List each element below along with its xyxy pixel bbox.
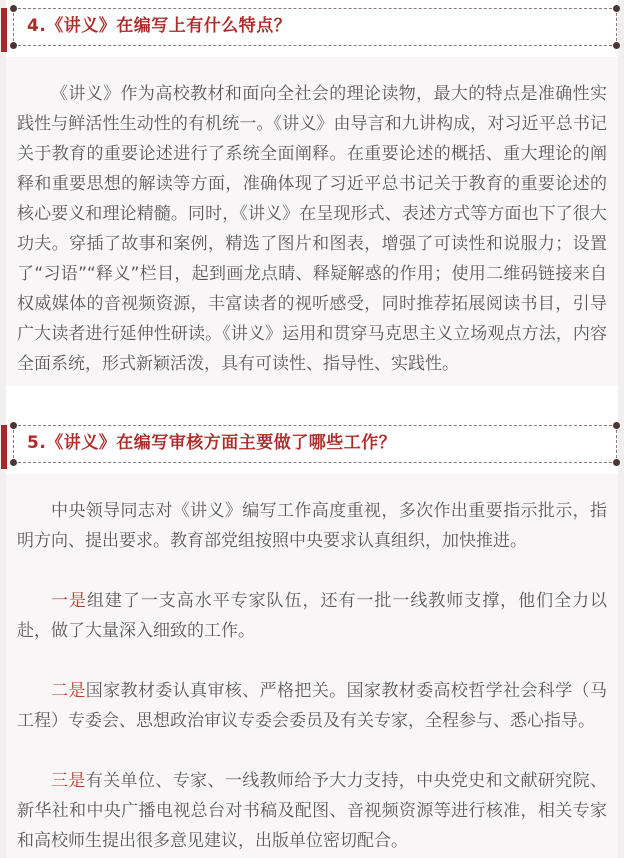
corner-dot: [613, 5, 620, 12]
question-4-heading: 4.《讲义》在编写上有什么特点？: [27, 16, 603, 37]
paragraph-text: 有关单位、专家、一线教师给予大力支持，中央党史和文献研究院、新华社和中央广播电视…: [17, 771, 607, 851]
paragraph: 《讲义》作为高校教材和面向全社会的理论读物，最大的特点是准确性实践性与鲜活性生动…: [17, 79, 607, 379]
question-5-header: 5.《讲义》在编写审核方面主要做了哪些工作？: [13, 425, 617, 463]
question-4-header: 4.《讲义》在编写上有什么特点？: [13, 8, 617, 46]
question-4-answer: 《讲义》作为高校教材和面向全社会的理论读物，最大的特点是准确性实践性与鲜活性生动…: [6, 57, 618, 386]
corner-dot: [10, 422, 17, 429]
paragraph-lead: 二是: [51, 681, 86, 701]
corner-dot: [613, 42, 620, 49]
paragraph: 二是国家教材委认真审核、严格把关。国家教材委高校哲学社会科学（马工程）专委会、思…: [17, 676, 607, 736]
article-content: 4.《讲义》在编写上有什么特点？ 《讲义》作为高校教材和面向全社会的理论读物，最…: [0, 8, 624, 858]
corner-dot: [10, 42, 17, 49]
paragraph-text: 国家教材委认真审核、严格把关。国家教材委高校哲学社会科学（马工程）专委会、思想政…: [17, 681, 607, 731]
paragraph: 中央领导同志对《讲义》编写工作高度重视，多次作出重要指示批示，指明方向、提出要求…: [17, 496, 607, 556]
paragraph-lead: 三是: [51, 771, 86, 791]
red-accent-bar: [1, 8, 7, 52]
question-5-heading: 5.《讲义》在编写审核方面主要做了哪些工作？: [27, 433, 603, 454]
corner-dot: [613, 422, 620, 429]
paragraph-text: 组建了一支高水平专家队伍，还有一批一线教师支撑，他们全力以赴，做了大量深入细致的…: [17, 591, 607, 641]
question-5-answer: 中央领导同志对《讲义》编写工作高度重视，多次作出重要指示批示，指明方向、提出要求…: [6, 474, 618, 858]
paragraph: 三是有关单位、专家、一线教师给予大力支持，中央党史和文献研究院、新华社和中央广播…: [17, 766, 607, 856]
paragraph-text: 《讲义》作为高校教材和面向全社会的理论读物，最大的特点是准确性实践性与鲜活性生动…: [17, 84, 607, 374]
paragraph-lead: 一是: [51, 591, 87, 611]
corner-dot: [10, 459, 17, 466]
paragraph: 一是组建了一支高水平专家队伍，还有一批一线教师支撑，他们全力以赴，做了大量深入细…: [17, 586, 607, 646]
paragraph-text: 中央领导同志对《讲义》编写工作高度重视，多次作出重要指示批示，指明方向、提出要求…: [17, 501, 607, 551]
corner-dot: [613, 459, 620, 466]
red-accent-bar: [1, 425, 7, 469]
corner-dot: [10, 5, 17, 12]
